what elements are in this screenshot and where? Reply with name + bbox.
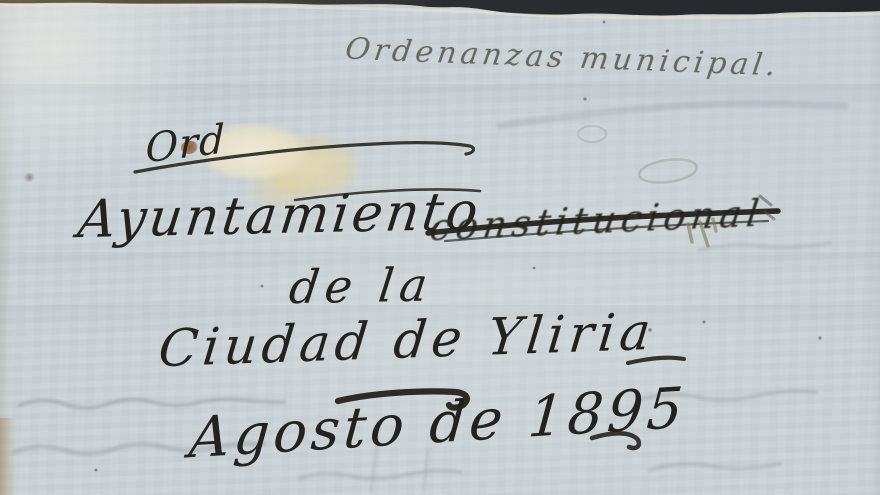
foxing-spot — [24, 173, 36, 182]
paper-edge-discoloration — [0, 418, 15, 495]
crossed-fragment: Ord — [145, 116, 226, 172]
manuscript-photo: Ordenanzas municipal. Ord Ayuntamiento c… — [0, 0, 880, 495]
title-word: Ayuntamiento — [75, 182, 484, 251]
connector-text: de la — [286, 257, 436, 314]
